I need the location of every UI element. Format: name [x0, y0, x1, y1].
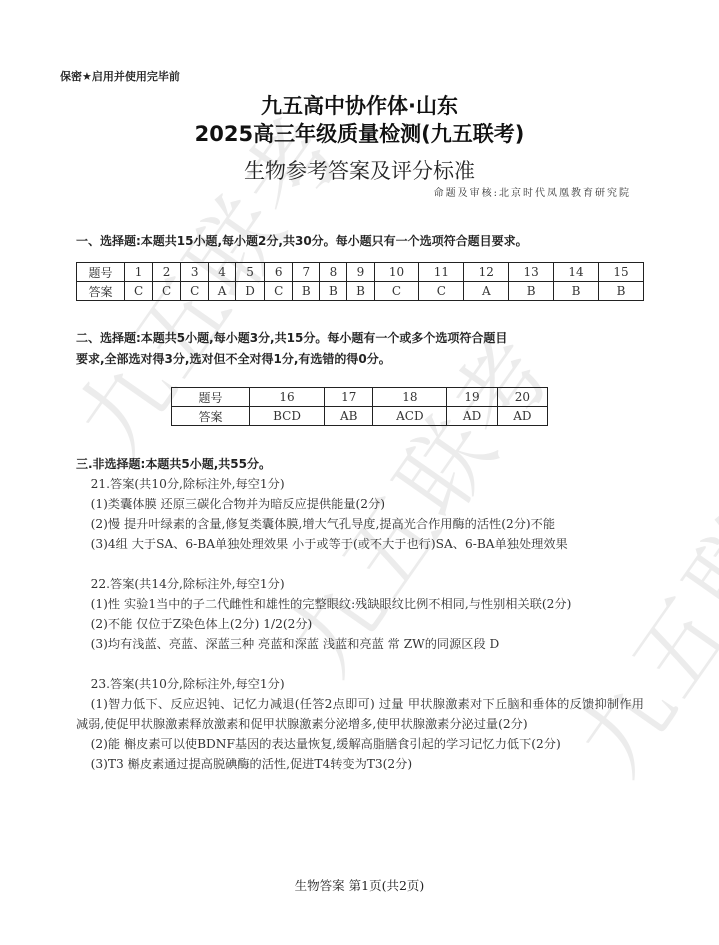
answer-cell: D	[235, 282, 264, 301]
answer-cell: B	[293, 282, 320, 301]
row-label: 题号	[77, 263, 125, 282]
answer-cell: B	[509, 282, 554, 301]
answer-cell: C	[374, 282, 419, 301]
section2-answer-table: 题号 16 17 18 19 20 答案 BCD AB ACD AD AD	[171, 387, 548, 426]
section1-heading: 一、选择题:本题共15小题,每小题2分,共30分。每小题只有一个选项符合题目要求…	[76, 232, 528, 249]
table-row-answers: 答案 C C C A D C B B B C C A B B B	[77, 282, 644, 301]
question-number: 3	[181, 263, 209, 282]
question-number: 6	[265, 263, 293, 282]
table-row-answers: 答案 BCD AB ACD AD AD	[172, 407, 548, 426]
answer-cell: C	[181, 282, 209, 301]
row-label: 答案	[172, 407, 250, 426]
answer-cell: C	[125, 282, 153, 301]
answer-cell: C	[153, 282, 181, 301]
question-number: 11	[419, 263, 464, 282]
question-number: 4	[209, 263, 236, 282]
section1-answer-table: 题号 1 2 3 4 5 6 7 8 9 10 11 12 13 14 15 答…	[76, 262, 644, 301]
q21-part3: (3)4组 大于SA、6-BA单独处理效果 小于或等于(或不大于也行)SA、6-…	[76, 534, 644, 554]
section3-heading: 三.非选择题:本题共5小题,共55分。	[76, 455, 271, 472]
question-number: 7	[293, 263, 320, 282]
section2-heading-line2: 要求,全部选对得3分,选对但不全对得1分,有选错的得0分。	[76, 350, 391, 367]
exam-title-line1: 九五高中协作体·山东	[0, 90, 719, 120]
q21-part1: (1)类囊体膜 还原三碳化合物并为暗反应提供能量(2分)	[76, 494, 644, 514]
answer-cell: A	[209, 282, 236, 301]
question-number: 17	[325, 388, 373, 407]
exam-title-line2: 2025高三年级质量检测(九五联考)	[0, 118, 719, 148]
q23-title: 23.答案(共10分,除标注外,每空1分)	[76, 674, 644, 694]
question-number: 16	[250, 388, 325, 407]
row-label: 题号	[172, 388, 250, 407]
question-number: 18	[373, 388, 447, 407]
q23-part1: (1)智力低下、反应迟钝、记忆力减退(任答2点即可) 过量 甲状腺激素对下丘脑和…	[76, 694, 644, 734]
answer-cell: B	[320, 282, 347, 301]
answer-cell: AD	[497, 407, 547, 426]
answer-cell: C	[419, 282, 464, 301]
section2-heading-line1: 二、选择题:本题共5小题,每小题3分,共15分。每小题有一个或多个选项符合题目	[76, 329, 507, 346]
q22-part3: (3)均有浅蓝、亮蓝、深蓝三种 亮蓝和深蓝 浅蓝和亮蓝 常 ZW的同源区段 D	[76, 634, 644, 654]
question-number: 13	[509, 263, 554, 282]
answer-cell: ACD	[373, 407, 447, 426]
q23-part2: (2)能 槲皮素可以使BDNF基因的表达量恢复,缓解高脂膳食引起的学习记忆力低下…	[76, 734, 644, 754]
answer-cell: AD	[447, 407, 497, 426]
document-page: 保密★启用并使用完毕前 九五高中协作体·山东 2025高三年级质量检测(九五联考…	[0, 0, 719, 945]
question-number: 9	[347, 263, 374, 282]
answer-cell: B	[554, 282, 599, 301]
question-number: 2	[153, 263, 181, 282]
answer-cell: B	[347, 282, 374, 301]
q22-title: 22.答案(共14分,除标注外,每空1分)	[76, 574, 644, 594]
page-footer: 生物答案 第1页(共2页)	[0, 876, 719, 894]
q21-title: 21.答案(共10分,除标注外,每空1分)	[76, 474, 644, 494]
confidential-label: 保密★启用并使用完毕前	[60, 68, 180, 84]
table-row-question-numbers: 题号 1 2 3 4 5 6 7 8 9 10 11 12 13 14 15	[77, 263, 644, 282]
answer-cell: AB	[325, 407, 373, 426]
row-label: 答案	[77, 282, 125, 301]
question-number: 1	[125, 263, 153, 282]
section3-answers: 21.答案(共10分,除标注外,每空1分) (1)类囊体膜 还原三碳化合物并为暗…	[76, 474, 644, 774]
q23-part3: (3)T3 槲皮素通过提高脱碘酶的活性,促进T4转变为T3(2分)	[76, 754, 644, 774]
q21-part2: (2)慢 提升叶绿素的含量,修复类囊体膜,增大气孔导度,提高光合作用酶的活性(2…	[76, 514, 644, 534]
question-number: 20	[497, 388, 547, 407]
q22-part2: (2)不能 仅位于Z染色体上(2分) 1/2(2分)	[76, 614, 644, 634]
table-row-question-numbers: 题号 16 17 18 19 20	[172, 388, 548, 407]
question-number: 8	[320, 263, 347, 282]
answer-cell: BCD	[250, 407, 325, 426]
author-credit: 命题及审核:北京时代凤凰教育研究院	[434, 184, 631, 199]
question-number: 10	[374, 263, 419, 282]
document-subtitle: 生物参考答案及评分标准	[0, 155, 719, 185]
question-number: 15	[599, 263, 644, 282]
answer-cell: C	[265, 282, 293, 301]
question-number: 12	[464, 263, 509, 282]
question-number: 19	[447, 388, 497, 407]
answer-cell: B	[599, 282, 644, 301]
question-number: 14	[554, 263, 599, 282]
question-number: 5	[235, 263, 264, 282]
q22-part1: (1)性 实验1当中的子二代雌性和雄性的完整眼纹:残缺眼纹比例不相同,与性别相关…	[76, 594, 644, 614]
answer-cell: A	[464, 282, 509, 301]
